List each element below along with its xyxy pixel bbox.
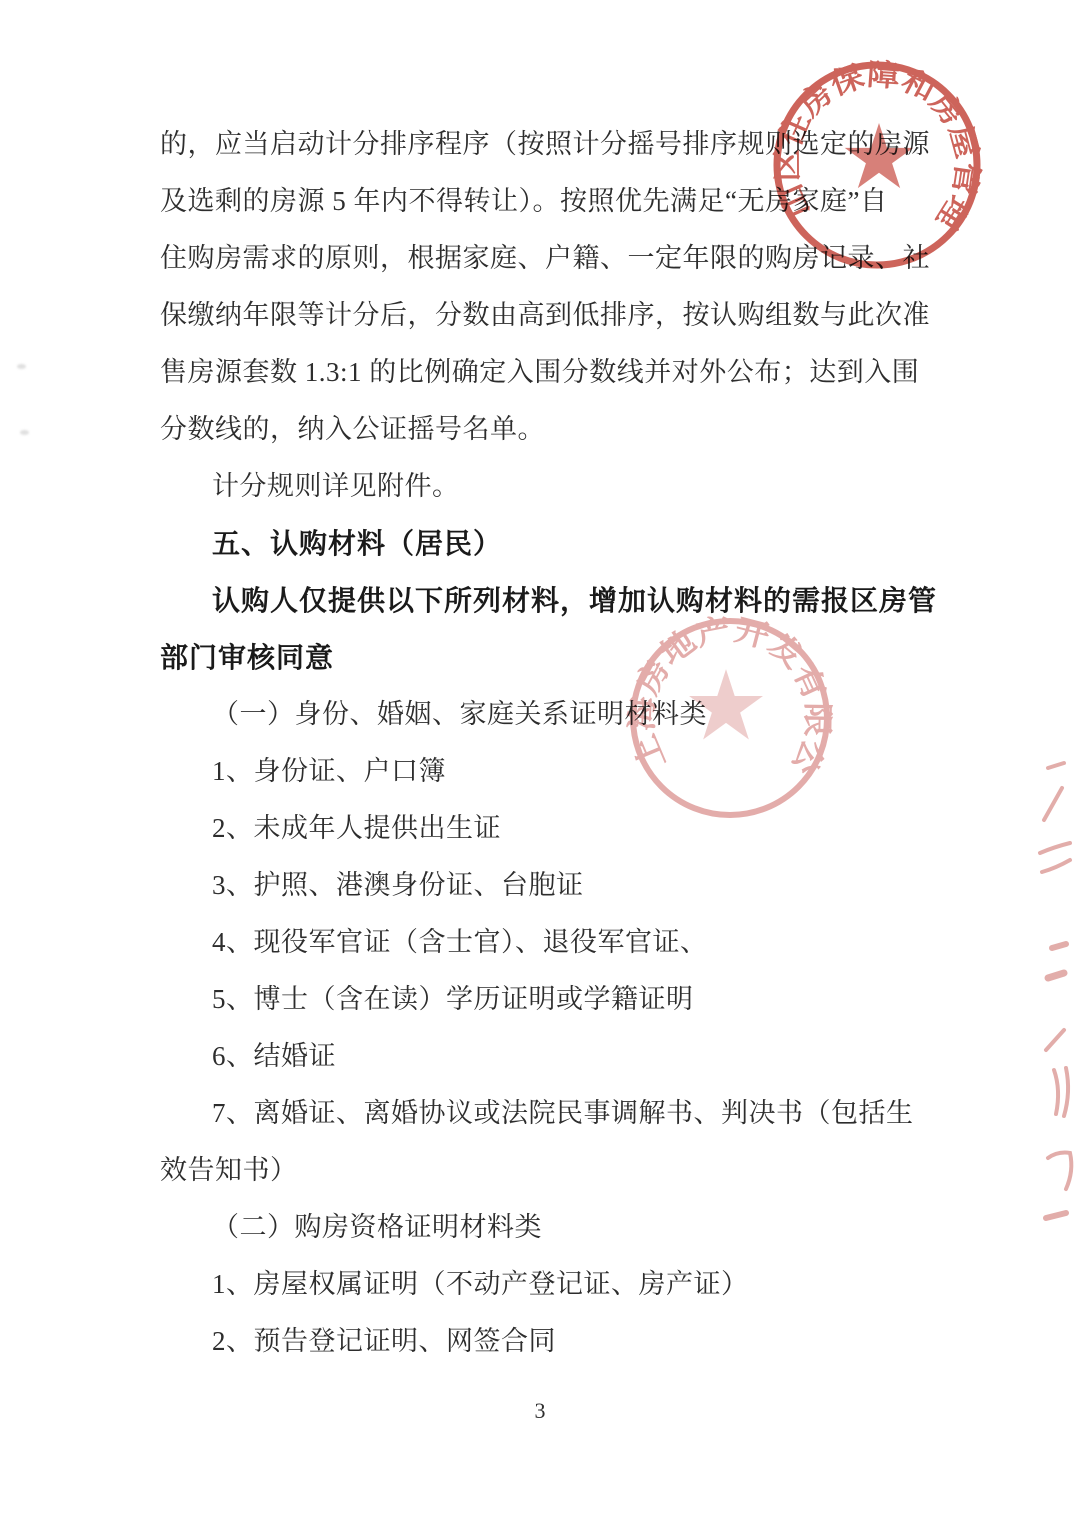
- doc-line: 5、博士（含在读）学历证明或学籍证明: [160, 971, 950, 1028]
- doc-line: 计分规则详见附件。: [160, 458, 950, 515]
- page-number: 3: [0, 1398, 1080, 1424]
- doc-line: 认购人仅提供以下所列材料，增加认购材料的需报区房管: [160, 572, 950, 629]
- doc-line: 1、房屋权属证明（不动产登记证、房产证）: [160, 1256, 950, 1313]
- scan-speck: [20, 430, 29, 435]
- doc-line: 及选剩的房源 5 年内不得转让）。按照优先满足“无房家庭”自: [160, 173, 950, 230]
- doc-line: 6、结婚证: [160, 1028, 950, 1085]
- document-page: 的，应当启动计分排序程序（按照计分摇号排序规则选定的房源及选剩的房源 5 年内不…: [0, 0, 1080, 1527]
- doc-line: 部门审核同意: [160, 629, 950, 686]
- scan-speck: [17, 364, 26, 369]
- document-body: 的，应当启动计分排序程序（按照计分摇号排序规则选定的房源及选剩的房源 5 年内不…: [160, 116, 950, 1370]
- doc-line: 五、认购材料（居民）: [160, 515, 950, 572]
- doc-line: 1、身份证、户口簿: [160, 743, 950, 800]
- doc-line: 2、未成年人提供出生证: [160, 800, 950, 857]
- doc-line: （一）身份、婚姻、家庭关系证明材料类: [160, 686, 950, 743]
- doc-line: 效告知书）: [160, 1142, 950, 1199]
- doc-line: 的，应当启动计分排序程序（按照计分摇号排序规则选定的房源: [160, 116, 950, 173]
- doc-line: （二）购房资格证明材料类: [160, 1199, 950, 1256]
- doc-line: 住购房需求的原则，根据家庭、户籍、一定年限的购房记录、社: [160, 230, 950, 287]
- doc-line: 售房源套数 1.3:1 的比例确定入围分数线并对外公布；达到入围: [160, 344, 950, 401]
- doc-line: 3、护照、港澳身份证、台胞证: [160, 857, 950, 914]
- red-edge-marks: [1030, 748, 1080, 1248]
- doc-line: 4、现役军官证（含士官）、退役军官证、: [160, 914, 950, 971]
- doc-line: 2、预告登记证明、网签合同: [160, 1313, 950, 1370]
- doc-line: 保缴纳年限等计分后，分数由高到低排序，按认购组数与此次准: [160, 287, 950, 344]
- doc-line: 7、离婚证、离婚协议或法院民事调解书、判决书（包括生: [160, 1085, 950, 1142]
- doc-line: 分数线的，纳入公证摇号名单。: [160, 401, 950, 458]
